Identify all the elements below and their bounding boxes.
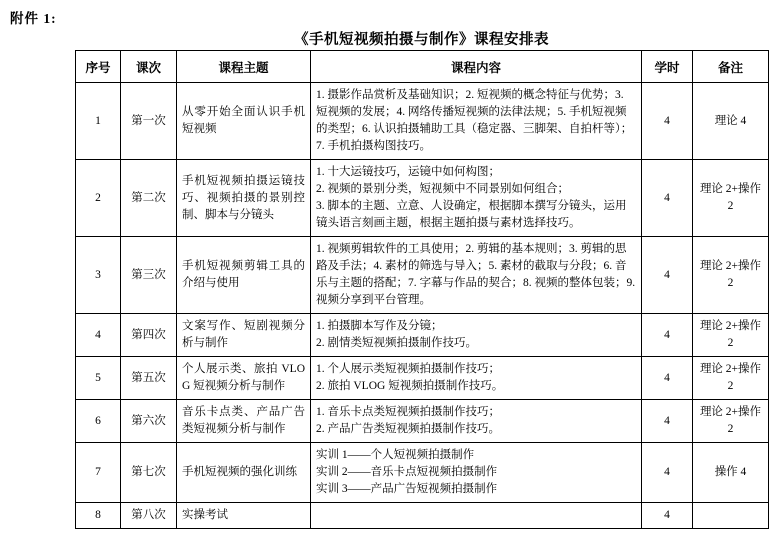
content-line: 实训 2——音乐卡点短视频拍摄制作 [316, 464, 636, 481]
header-content: 课程内容 [311, 51, 642, 83]
cell-no: 1 [76, 83, 121, 160]
cell-note: 理论 2+操作 2 [693, 237, 769, 314]
content-line: 1. 个人展示类短视频拍摄制作技巧； [316, 361, 636, 378]
cell-topic: 手机短视频拍摄运镜技巧、视频拍摄的景别控制、脚本与分镜头 [177, 160, 311, 237]
content-line: 7. 手机拍摄构图技巧。 [316, 138, 636, 155]
cell-session: 第三次 [121, 237, 177, 314]
cell-hours: 4 [642, 443, 693, 503]
cell-note [693, 503, 769, 529]
header-row: 序号 课次 课程主题 课程内容 学时 备注 [76, 51, 769, 83]
content-line: 实训 3——产品广告短视频拍摄制作 [316, 481, 636, 498]
cell-session: 第四次 [121, 314, 177, 357]
cell-no: 2 [76, 160, 121, 237]
cell-content: 1. 个人展示类短视频拍摄制作技巧；2. 旅拍 VLOG 短视频拍摄制作技巧。 [311, 357, 642, 400]
cell-no: 8 [76, 503, 121, 529]
cell-topic: 个人展示类、旅拍 VLOG 短视频分析与制作 [177, 357, 311, 400]
table-row: 8第八次实操考试4 [76, 503, 769, 529]
table-row: 6第六次音乐卡点类、产品广告类短视频分析与制作1. 音乐卡点类短视频拍摄制作技巧… [76, 400, 769, 443]
cell-session: 第二次 [121, 160, 177, 237]
cell-note: 理论 2+操作 2 [693, 314, 769, 357]
header-hours: 学时 [642, 51, 693, 83]
cell-content: 1. 音乐卡点类短视频拍摄制作技巧；2. 产品广告类短视频拍摄制作技巧。 [311, 400, 642, 443]
content-line: 2. 视频的景别分类，短视频中不同景别如何组合； [316, 181, 636, 198]
cell-hours: 4 [642, 83, 693, 160]
cell-topic: 手机短视频剪辑工具的介绍与使用 [177, 237, 311, 314]
content-line: 2. 旅拍 VLOG 短视频拍摄制作技巧。 [316, 378, 636, 395]
cell-note: 理论 2+操作 2 [693, 357, 769, 400]
header-no: 序号 [76, 51, 121, 83]
cell-topic: 音乐卡点类、产品广告类短视频分析与制作 [177, 400, 311, 443]
cell-hours: 4 [642, 503, 693, 529]
cell-topic: 实操考试 [177, 503, 311, 529]
content-line: 实训 1——个人短视频拍摄制作 [316, 447, 636, 464]
table-row: 1第一次从零开始全面认识手机短视频1. 摄影作品赏析及基础知识；2. 短视频的概… [76, 83, 769, 160]
cell-session: 第五次 [121, 357, 177, 400]
table-row: 4第四次文案写作、短剧视频分析与制作1. 拍摄脚本写作及分镜；2. 剧情类短视频… [76, 314, 769, 357]
cell-hours: 4 [642, 314, 693, 357]
table-row: 7第七次手机短视频的强化训练实训 1——个人短视频拍摄制作实训 2——音乐卡点短… [76, 443, 769, 503]
cell-session: 第六次 [121, 400, 177, 443]
cell-content: 1. 视频剪辑软件的工具使用；2. 剪辑的基本规则；3. 剪辑的思路及手法；4.… [311, 237, 642, 314]
cell-hours: 4 [642, 357, 693, 400]
cell-no: 4 [76, 314, 121, 357]
cell-hours: 4 [642, 160, 693, 237]
content-line: 1. 音乐卡点类短视频拍摄制作技巧； [316, 404, 636, 421]
cell-no: 6 [76, 400, 121, 443]
attachment-label: 附件 1: [10, 7, 57, 27]
content-line: 2. 剧情类短视频拍摄制作技巧。 [316, 335, 636, 352]
content-line: 1. 十大运镜技巧，运镜中如何构图； [316, 164, 636, 181]
content-line: 3. 脚本的主题、立意、人设确定，根据脚本撰写分镜头，运用镜头语言刻画主题，根据… [316, 198, 636, 232]
cell-content: 1. 摄影作品赏析及基础知识；2. 短视频的概念特征与优势；3. 短视频的发展；… [311, 83, 642, 160]
cell-note: 理论 2+操作 2 [693, 160, 769, 237]
course-schedule-table: 序号 课次 课程主题 课程内容 学时 备注 1第一次从零开始全面认识手机短视频1… [75, 50, 769, 529]
cell-no: 7 [76, 443, 121, 503]
cell-topic: 从零开始全面认识手机短视频 [177, 83, 311, 160]
cell-session: 第七次 [121, 443, 177, 503]
table-row: 2第二次手机短视频拍摄运镜技巧、视频拍摄的景别控制、脚本与分镜头1. 十大运镜技… [76, 160, 769, 237]
cell-content [311, 503, 642, 529]
cell-no: 5 [76, 357, 121, 400]
page-title: 《手机短视频拍摄与制作》课程安排表 [75, 28, 768, 49]
content-line: 2. 产品广告类短视频拍摄制作技巧。 [316, 421, 636, 438]
cell-hours: 4 [642, 400, 693, 443]
document-page: 附件 1: 《手机短视频拍摄与制作》课程安排表 序号 课次 课程主题 课程内容 … [0, 0, 782, 540]
cell-topic: 文案写作、短剧视频分析与制作 [177, 314, 311, 357]
cell-note: 理论 2+操作 2 [693, 400, 769, 443]
table-row: 5第五次个人展示类、旅拍 VLOG 短视频分析与制作1. 个人展示类短视频拍摄制… [76, 357, 769, 400]
cell-session: 第八次 [121, 503, 177, 529]
table-header: 序号 课次 课程主题 课程内容 学时 备注 [76, 51, 769, 83]
table-body: 1第一次从零开始全面认识手机短视频1. 摄影作品赏析及基础知识；2. 短视频的概… [76, 83, 769, 529]
header-topic: 课程主题 [177, 51, 311, 83]
cell-topic: 手机短视频的强化训练 [177, 443, 311, 503]
header-session: 课次 [121, 51, 177, 83]
table-row: 3第三次手机短视频剪辑工具的介绍与使用1. 视频剪辑软件的工具使用；2. 剪辑的… [76, 237, 769, 314]
header-note: 备注 [693, 51, 769, 83]
content-line: 1. 视频剪辑软件的工具使用；2. 剪辑的基本规则；3. 剪辑的思路及手法；4.… [316, 241, 636, 309]
cell-note: 理论 4 [693, 83, 769, 160]
cell-no: 3 [76, 237, 121, 314]
content-line: 1. 摄影作品赏析及基础知识；2. 短视频的概念特征与优势；3. 短视频的发展；… [316, 87, 636, 138]
cell-note: 操作 4 [693, 443, 769, 503]
content-line: 1. 拍摄脚本写作及分镜； [316, 318, 636, 335]
cell-hours: 4 [642, 237, 693, 314]
cell-session: 第一次 [121, 83, 177, 160]
cell-content: 1. 十大运镜技巧，运镜中如何构图；2. 视频的景别分类，短视频中不同景别如何组… [311, 160, 642, 237]
cell-content: 1. 拍摄脚本写作及分镜；2. 剧情类短视频拍摄制作技巧。 [311, 314, 642, 357]
cell-content: 实训 1——个人短视频拍摄制作实训 2——音乐卡点短视频拍摄制作实训 3——产品… [311, 443, 642, 503]
